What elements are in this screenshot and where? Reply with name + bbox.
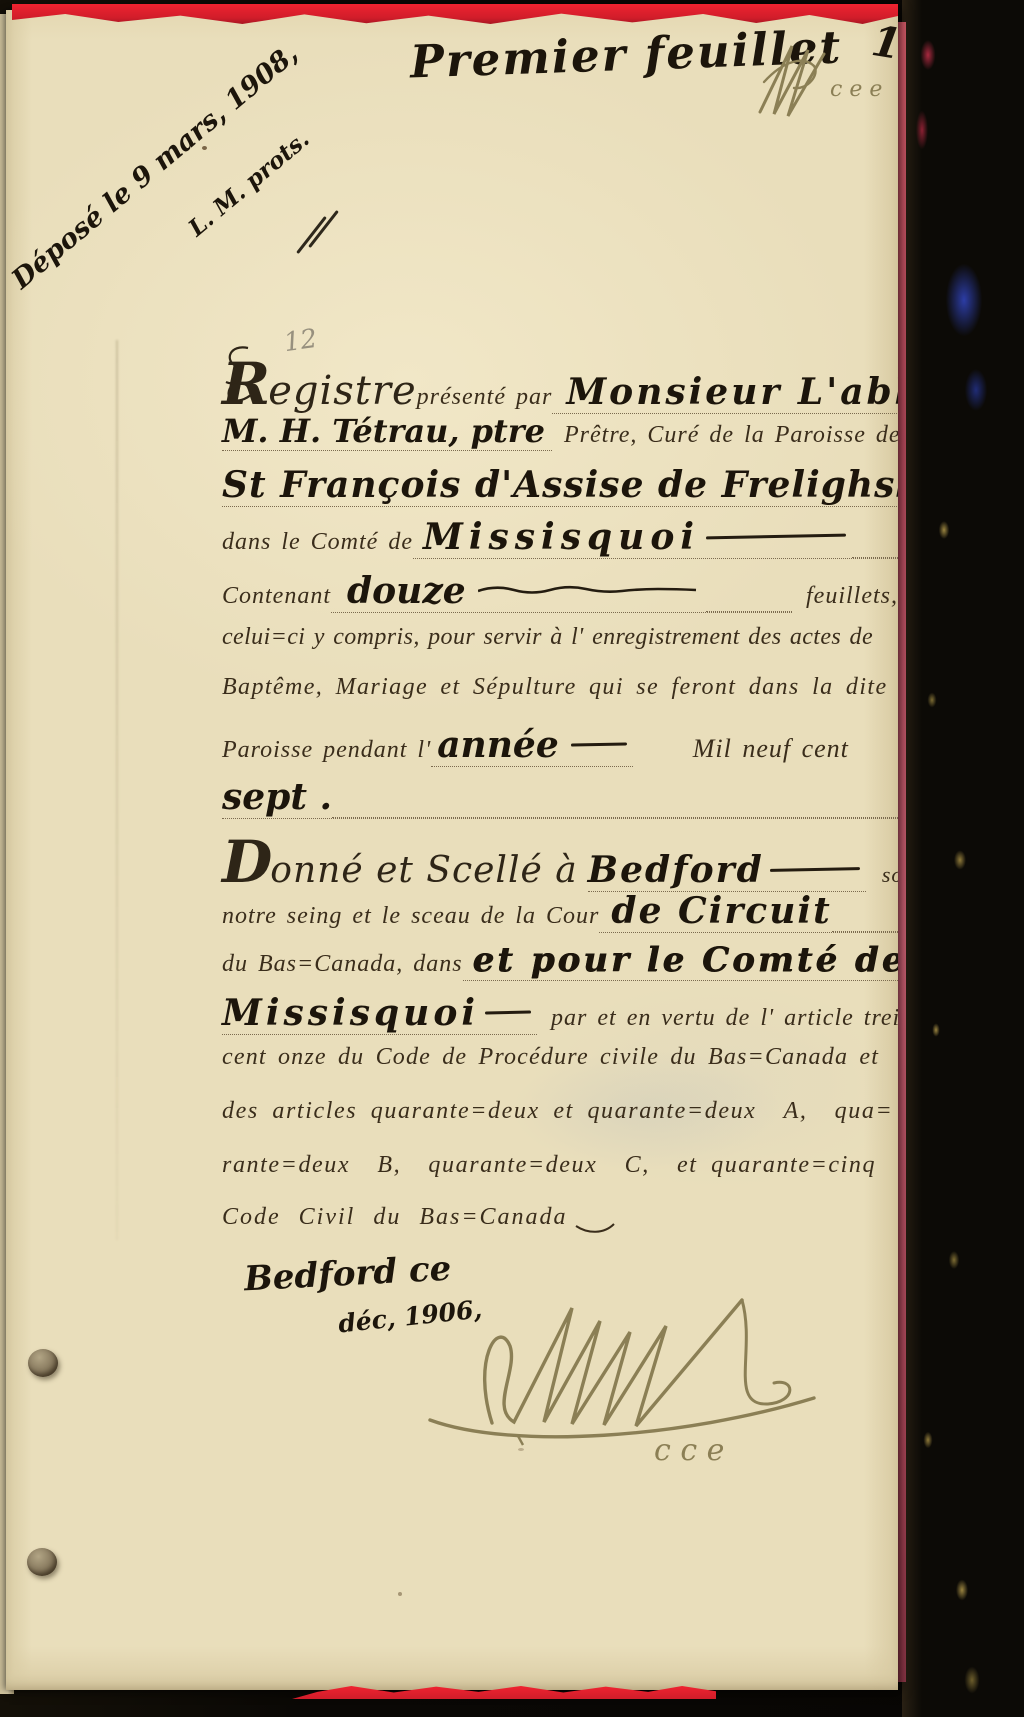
handwritten-entry: Monsieur L'abbé — [566, 371, 898, 413]
form-line: Missisquoi par et en vertu de l' article… — [222, 992, 898, 1046]
ink-dash — [485, 1010, 531, 1014]
ruled-line-fill — [706, 609, 792, 612]
deposit-annotation: Déposé le 9 mars, 1908, L. M. prots. — [6, 100, 366, 360]
printed-text: celui=ci y compris, pour servir à l' enr… — [222, 624, 873, 651]
printed-text: présenté par — [417, 384, 553, 411]
form-line: Paroisse pendant l' année Mil neuf cent — [222, 724, 898, 774]
printed-text: des articles quarante=deux et quarante=d… — [222, 1098, 893, 1125]
entry-field: sept . — [222, 776, 898, 819]
field-space — [545, 448, 552, 450]
signature-scrawl: c c e — [422, 1288, 832, 1488]
printed-text: Mil neuf cent — [693, 734, 849, 764]
printed-text: du Bas=Canada, dans — [222, 951, 463, 978]
printed-text: rante=deux B, quarante=deux C, et quaran… — [222, 1152, 898, 1179]
handwritten-entry: année — [437, 724, 558, 766]
entry-field: Bedford — [588, 849, 866, 892]
registre-word-wrap: Registre — [222, 350, 417, 418]
printed-text: Baptême, Mariage et Sépulture qui se fer… — [222, 674, 888, 701]
entry-field: St François d'Assise de Frelighsburg — [222, 464, 898, 507]
printed-text: cent onze du Code de Procédure civile du… — [222, 1044, 879, 1071]
ink-dash — [770, 867, 860, 872]
printed-donne-scelle: Donné et Scellé à — [222, 828, 578, 896]
handwritten-entry: sept . — [222, 776, 332, 818]
entry-field: Missisquoi — [413, 516, 898, 559]
form-line: Code Civil du Bas=Canada — [222, 1204, 898, 1252]
paper-speck — [398, 1592, 402, 1596]
handwritten-entry: douze — [347, 570, 466, 612]
scanned-register-page: Déposé le 9 mars, 1908, L. M. prots. Pre… — [0, 0, 1024, 1717]
form-line: rante=deux B, quarante=deux C, et quaran… — [222, 1152, 898, 1200]
printed-text: Prêtre, Curé de la Paroisse de — [564, 422, 898, 449]
form-line: celui=ci y compris, pour servir à l' enr… — [222, 624, 898, 672]
form-line: notre seing et le sceau de la Cour de Ci… — [222, 890, 898, 942]
ink-dash — [571, 742, 627, 746]
printed-text: sous — [882, 862, 898, 888]
paper-speck — [202, 146, 207, 150]
entry-field: Missisquoi — [222, 992, 537, 1035]
punch-hole — [27, 1548, 57, 1576]
form-line: Donné et Scellé à Bedford sous — [222, 828, 898, 890]
form-line: Registre présenté par Monsieur L'abbé — [222, 350, 898, 408]
clerk-initials: c e e — [830, 77, 882, 102]
form-line: Baptême, Mariage et Sépulture qui se fer… — [222, 674, 898, 722]
printed-text: feuillets, — [806, 583, 898, 610]
paper-crease — [116, 340, 118, 1240]
ruled-line-fill — [332, 815, 898, 818]
handwritten-entry: Bedford — [588, 849, 764, 891]
clerk-monogram-icon: c e e — [742, 38, 898, 130]
handwritten-entry: St François d'Assise de Frelighsburg — [222, 464, 898, 506]
entry-field: et pour le Comté de — [463, 940, 898, 981]
form-line: du Bas=Canada, dans et pour le Comté de — [222, 940, 898, 994]
register-paper: Déposé le 9 mars, 1908, L. M. prots. Pre… — [6, 10, 898, 1690]
form-line: cent onze du Code de Procédure civile du… — [222, 1044, 898, 1092]
ink-squiggle — [478, 583, 698, 595]
printed-text: Paroisse pendant l' — [222, 737, 431, 764]
red-page-edges — [897, 22, 906, 1682]
ink-dash — [706, 533, 846, 539]
printed-text: par et en vertu de l' article treize — [551, 1005, 898, 1032]
pen-flourish-slash — [296, 216, 327, 254]
form-line: des articles quarante=deux et quarante=d… — [222, 1098, 898, 1146]
entry-field: de Circuit — [599, 890, 898, 933]
handwritten-entry: M. H. Tétrau, ptre — [222, 412, 545, 450]
form-line: M. H. Tétrau, ptre Prêtre, Curé de la Pa… — [222, 412, 898, 462]
form-line: Contenant douze feuillets, — [222, 570, 898, 622]
form-line: dans le Comté de Missisquoi — [222, 516, 898, 568]
entry-field: Monsieur L'abbé — [552, 371, 898, 414]
entry-field: année — [431, 724, 632, 767]
punch-hole — [28, 1349, 58, 1377]
printed-text: notre seing et le sceau de la Cour — [222, 903, 599, 930]
form-line: sept . — [222, 776, 898, 826]
footer-place: Bedford ce — [243, 1249, 452, 1300]
printed-text: dans le Comté de — [222, 529, 413, 556]
handwritten-entry: Missisquoi — [222, 992, 479, 1034]
printers-ornament-icon — [218, 336, 264, 412]
pen-swash — [574, 1220, 616, 1236]
printed-text: Contenant — [222, 583, 331, 610]
ruled-line-fill — [852, 555, 898, 558]
handwritten-entry: Missisquoi — [423, 516, 700, 558]
handwritten-entry: de Circuit — [611, 890, 831, 932]
book-binding-marbled — [902, 0, 1024, 1717]
entry-field: M. H. Tétrau, ptre — [222, 412, 552, 451]
form-line: St François d'Assise de Frelighsburg — [222, 464, 898, 514]
paper-speck — [518, 1448, 524, 1451]
printed-text: Code Civil du Bas=Canada — [222, 1204, 568, 1231]
ruled-line-fill — [832, 929, 898, 932]
handwritten-entry: et pour le Comté de — [473, 940, 898, 980]
signature-initials: c c e — [654, 1433, 724, 1468]
entry-field: douze — [331, 570, 792, 613]
